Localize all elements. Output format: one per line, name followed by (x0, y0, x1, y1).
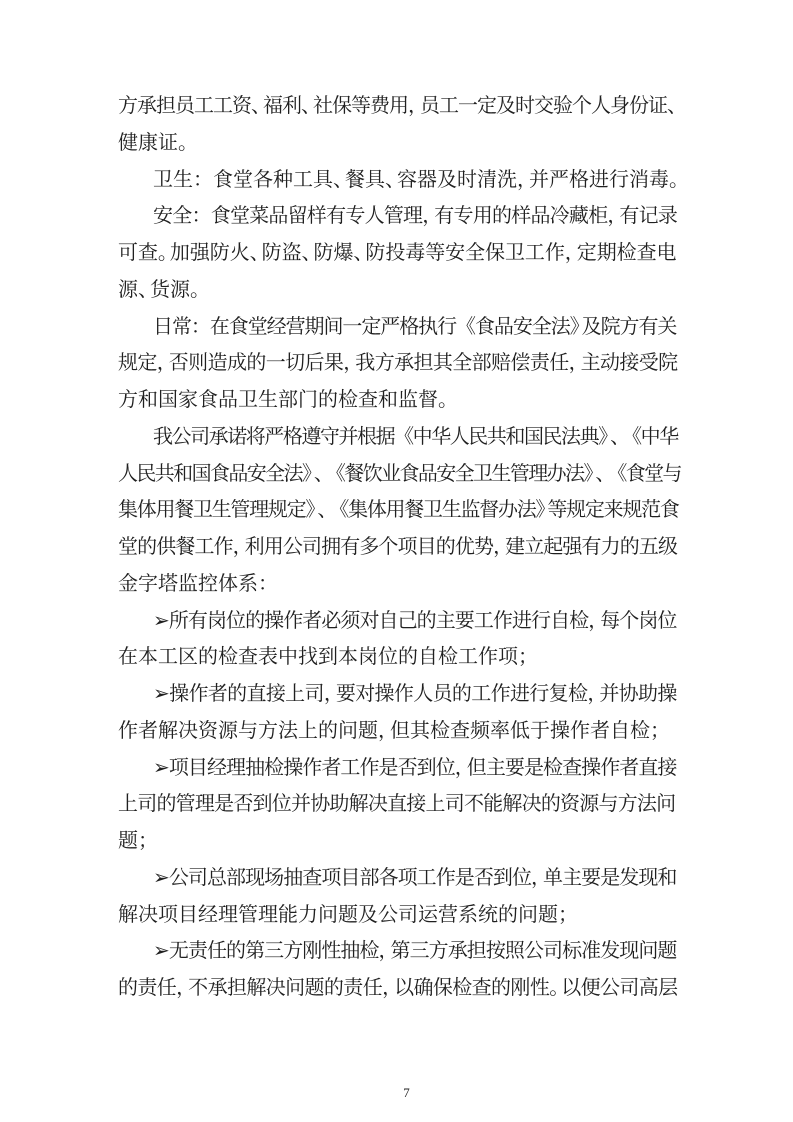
cjk-punctuation: ， (233, 529, 245, 566)
cjk-punctuation: ， (343, 345, 355, 382)
cjk-punctuation: 、 (138, 272, 150, 309)
text-line: 我公司承诺将严格遵守并根据《中华人民共和国民法典》、《中华 (118, 419, 676, 456)
cjk-punctuation: ； (518, 639, 530, 676)
cjk-punctuation: ， (379, 933, 391, 970)
cjk-punctuation: 》 (535, 492, 547, 529)
cjk-punctuation: ， (176, 970, 188, 1007)
text-line: 规定，否则造成的一切后果，我方承担其全部赔偿责任，主动接受院 (118, 345, 676, 382)
cjk-punctuation: ， (587, 676, 599, 713)
cjk-punctuation: 》 (570, 309, 582, 346)
cjk-punctuation: 、 (333, 162, 345, 199)
cjk-punctuation: 、 (301, 88, 313, 125)
cjk-punctuation: 。 (158, 235, 170, 272)
text-line: 安全：食堂菜品留样有专人管理，有专用的样品冷藏柜，有记录 (118, 198, 676, 235)
cjk-punctuation: ， (607, 198, 619, 235)
text-line: 在本工区的检查表中找到本岗位的自检工作项； (118, 639, 676, 676)
page-number: 7 (0, 1083, 793, 1103)
cjk-punctuation: 。 (190, 272, 202, 309)
cjk-punctuation: 》 (302, 456, 314, 493)
cjk-punctuation: ， (517, 162, 529, 199)
text-line: 集体用餐卫生管理规定》、《集体用餐卫生监督办法》等规定来规范食 (118, 492, 676, 529)
bullet-arrow-icon: ➢ (153, 940, 169, 962)
text-line: 堂的供餐工作，利用公司拥有多个项目的优势，建立起强有力的五级 (118, 529, 676, 566)
text-line: 源、货源。 (118, 272, 676, 309)
text-line: 方和国家食品卫生部门的检查和监督。 (118, 382, 676, 419)
cjk-punctuation: 、 (667, 88, 679, 125)
text-line: 的责任，不承担解决问题的责任，以确保检查的刚性。以便公司高层 (118, 970, 676, 1007)
text-line: ➢公司总部现场抽查项目部各项工作是否到位，单主要是发现和 (118, 860, 676, 897)
cjk-punctuation: ； (558, 897, 570, 934)
text-line: 可查。加强防火、防盗、防爆、防投毒等安全保卫工作，定期检查电 (118, 235, 676, 272)
text-line: 解决项目经理管理能力问题及公司运营系统的问题； (118, 897, 676, 934)
bullet-arrow-icon: ➢ (153, 867, 169, 889)
cjk-punctuation: 。 (438, 382, 450, 419)
cjk-punctuation: ， (382, 970, 394, 1007)
cjk-punctuation: ， (565, 235, 577, 272)
cjk-punctuation: 》 (305, 492, 317, 529)
cjk-punctuation: ， (422, 198, 434, 235)
document-page: 方承担员工工资、福利、社保等费用，员工一定及时交验个人身份证、健康证。卫生：食堂… (0, 0, 793, 1122)
text-line: 题； (118, 823, 676, 860)
cjk-punctuation: ； (650, 713, 662, 750)
cjk-punctuation: 、 (385, 162, 397, 199)
text-line: ➢所有岗位的操作者必须对自己的主要工作进行自检，每个岗位 (118, 603, 676, 640)
text-line: 健康证。 (118, 125, 676, 162)
text-line: 卫生：食堂各种工具、餐具、容器及时清洗，并严格进行消毒。 (118, 162, 676, 199)
cjk-punctuation: 、 (251, 88, 263, 125)
cjk-punctuation: 。 (549, 970, 561, 1007)
bullet-arrow-icon: ➢ (153, 683, 169, 705)
cjk-punctuation: 》 (583, 456, 595, 493)
cjk-punctuation: 、 (250, 235, 262, 272)
document-body: 方承担员工工资、福利、社保等费用，员工一定及时交验个人身份证、健康证。卫生：食堂… (118, 88, 676, 1007)
text-line: 上司的管理是否到位并协助解决直接上司不能解决的资源与方法问 (118, 786, 676, 823)
cjk-punctuation: 》 (598, 419, 610, 456)
cjk-punctuation: 。 (669, 162, 681, 199)
text-line: ➢操作者的直接上司，要对操作人员的工作进行复检，并协助操 (118, 676, 676, 713)
text-line: 金字塔监控体系： (118, 566, 676, 603)
cjk-punctuation: ， (157, 345, 169, 382)
cjk-punctuation: 、 (317, 492, 329, 529)
text-line: ➢无责任的第三方刚性抽检，第三方承担按照公司标准发现问题 (118, 933, 676, 970)
cjk-punctuation: ， (569, 345, 581, 382)
bullet-arrow-icon: ➢ (153, 610, 169, 632)
text-line: 日常：在食堂经营期间一定严格执行《食品安全法》及院方有关 (118, 309, 676, 346)
text-line: 方承担员工工资、福利、社保等费用，员工一定及时交验个人身份证、 (118, 88, 676, 125)
cjk-punctuation: 。 (178, 125, 190, 162)
cjk-punctuation: 、 (595, 456, 607, 493)
text-line: 作者解决资源与方法上的问题，但其检查频率低于操作者自检； (118, 713, 676, 750)
cjk-punctuation: ， (455, 750, 467, 787)
cjk-punctuation: 、 (314, 456, 326, 493)
cjk-punctuation: ， (588, 603, 600, 640)
cjk-punctuation: ； (138, 823, 150, 860)
cjk-punctuation: 、 (353, 235, 365, 272)
text-line: 人民共和国食品安全法》、《餐饮业食品安全卫生管理办法》、《食堂与 (118, 456, 676, 493)
cjk-punctuation: ， (493, 529, 505, 566)
cjk-punctuation: ， (324, 676, 336, 713)
cjk-punctuation: 、 (610, 419, 622, 456)
cjk-punctuation: 、 (302, 235, 314, 272)
cjk-punctuation: ， (531, 860, 543, 897)
bullet-arrow-icon: ➢ (153, 757, 169, 779)
text-line: ➢项目经理抽检操作者工作是否到位，但主要是检查操作者直接 (118, 750, 676, 787)
cjk-punctuation: ， (408, 88, 420, 125)
cjk-punctuation: ， (378, 713, 390, 750)
